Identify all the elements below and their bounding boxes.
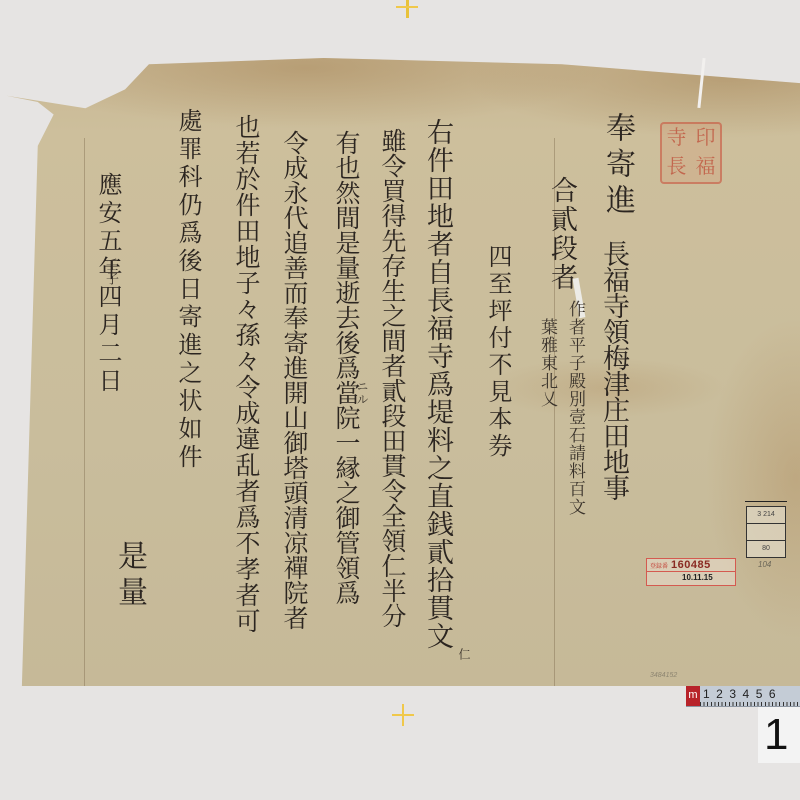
shelf-label-row xyxy=(747,524,785,541)
frame-number-card: 1 xyxy=(758,707,800,763)
seal-glyph: 福 xyxy=(691,153,720,182)
pencil-note: 104 xyxy=(758,560,771,569)
text-column: 也若於件田地子々孫々令成違乱者爲不孝者可 xyxy=(234,114,259,634)
text-column: 有也然間是量逝去後爲當院一縁之御管領爲 xyxy=(334,130,359,605)
seal-glyph: 寺 xyxy=(662,124,691,153)
annotation-mark: ニル xyxy=(356,380,368,406)
registration-number: 160485 xyxy=(671,559,711,571)
text-column: 合貳段者 xyxy=(548,176,575,292)
registration-cross-bottom xyxy=(392,704,414,726)
pencil-note: 3484152 xyxy=(650,672,677,679)
document-title: 奉寄進 xyxy=(602,112,632,220)
text-column: 四至坪付不見本券 xyxy=(486,244,510,460)
stamp-divider xyxy=(647,571,735,572)
shelf-label-row: 80 xyxy=(747,541,785,557)
red-seal: 寺 印 長 福 xyxy=(660,122,722,184)
era-annotation: 壬子 xyxy=(104,258,117,286)
annotation-column: 作者平子殿別壹石請料百文 xyxy=(566,300,583,516)
registration-cross-top xyxy=(396,0,418,18)
text-column: 令成永代追善而奉寄進開山御塔頭清凉禪院者 xyxy=(282,130,307,630)
stamp-label: 登録番 xyxy=(650,561,668,570)
ruler-unit-mark: m xyxy=(686,686,700,706)
label-top-line xyxy=(745,501,787,502)
registration-date: 10.11.15 xyxy=(682,573,713,582)
text-column: 處罪科仍爲後日寄進之状如件 xyxy=(176,108,200,472)
text-column: 右件田地者自長福寺爲堤料之直銭貳拾貫文 xyxy=(424,118,451,650)
shelf-label: 3 214 80 xyxy=(746,506,786,558)
fold-line xyxy=(84,138,85,686)
annotation-mark: 仁 xyxy=(458,648,470,661)
ruler-numbers: 123456 xyxy=(703,687,782,701)
seal-glyph: 印 xyxy=(691,124,720,153)
scale-ruler: m 123456 xyxy=(686,686,800,707)
seal-glyph: 長 xyxy=(662,153,691,182)
annotation-column: 葉雅東北乂 xyxy=(538,318,555,408)
ruler-ticks xyxy=(700,702,800,706)
shelf-label-row: 3 214 xyxy=(747,507,785,524)
signature: 是量 xyxy=(114,540,144,612)
registration-stamp: 登録番 160485 10.11.15 xyxy=(646,558,736,586)
text-column: 雖令買得先存生之間者貳段田貫令全領仁半分 xyxy=(380,128,405,628)
text-column: 長福寺領梅津庄田地事 xyxy=(600,240,627,500)
